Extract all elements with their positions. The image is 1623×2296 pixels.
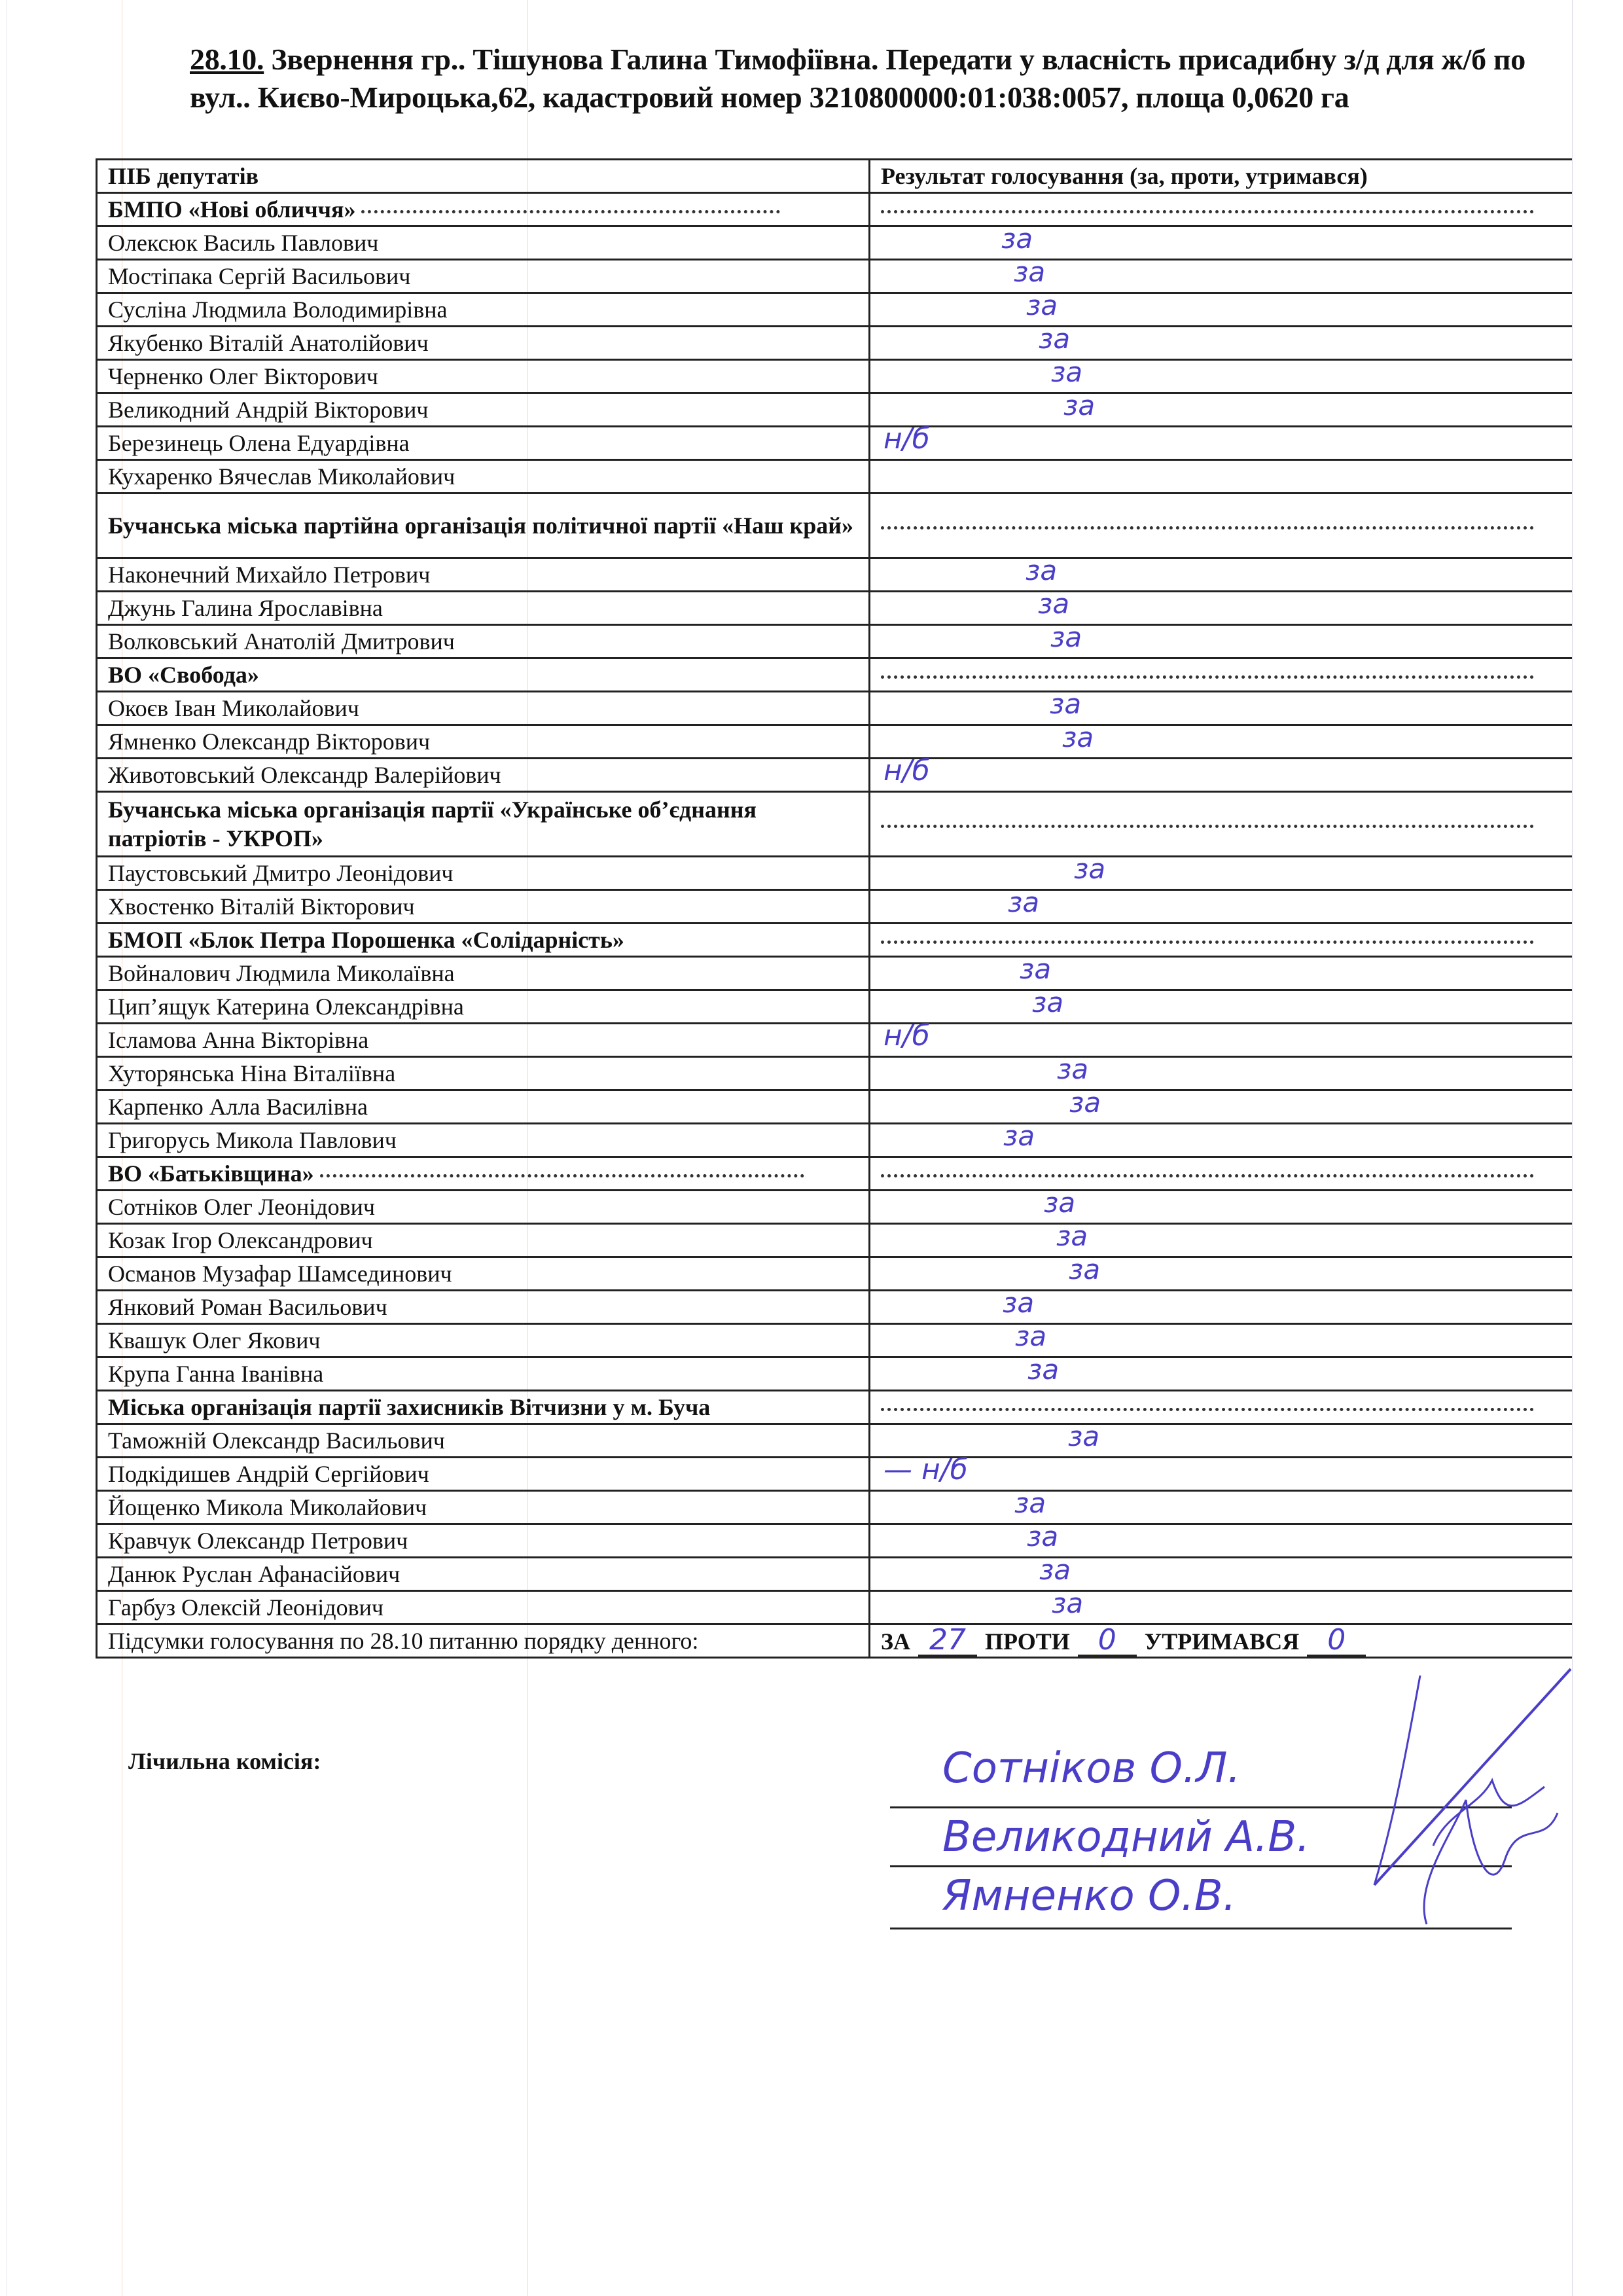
vote-mark-for: за [1044, 1187, 1075, 1219]
deputy-name: Якубенко Віталій Анатолійович [97, 327, 870, 360]
vote-mark-for: за [1063, 390, 1095, 422]
commission-signature-2: Великодний А.В. [942, 1813, 1310, 1861]
deputy-vote-cell: за [870, 890, 1573, 924]
deputy-row: Гарбуз Олексій Леонідовичза [97, 1591, 1573, 1624]
vote-mark-absent: — н/б [883, 1454, 968, 1486]
deputy-name: Козак Ігор Олександрович [97, 1224, 870, 1257]
deputy-row: Паустовський Дмитро Леонідовичза [97, 857, 1573, 890]
dotted-fill [361, 210, 780, 213]
deputy-row: Подкідишев Андрій Сергійович— н/б [97, 1458, 1573, 1491]
party-group-row: ВО «Свобода» [97, 658, 1573, 692]
party-group-result-placeholder [870, 493, 1573, 558]
vote-mark-for: за [1001, 223, 1033, 255]
deputy-name: Мостіпака Сергій Васильович [97, 260, 870, 293]
deputy-name: Ципʼящук Катерина Олександрівна [97, 990, 870, 1024]
deputy-name: Наконечний Михайло Петрович [97, 558, 870, 592]
deputy-row: Кравчук Олександр Петровичза [97, 1524, 1573, 1558]
party-group-row: ВО «Батьківщина» [97, 1157, 1573, 1191]
vote-mark-for: за [1062, 722, 1094, 753]
agenda-item-heading: 28.10. Звернення гр.. Тішунова Галина Ти… [190, 41, 1538, 117]
vote-mark-for: за [1014, 257, 1045, 288]
vote-mark-for: за [1069, 1254, 1100, 1285]
vote-mark-for: за [1020, 954, 1051, 985]
vote-mark-for: за [1003, 1287, 1034, 1319]
party-group-name: ВО «Свобода» [97, 658, 870, 692]
deputy-row: Крупа Ганна Іванівназа [97, 1357, 1573, 1391]
deputy-row: Ципʼящук Катерина Олександрівназа [97, 990, 1573, 1024]
vote-mark-for: за [1039, 323, 1070, 355]
deputy-vote-cell: за [870, 360, 1573, 393]
party-group-row: БМПО «Нові обличчя» [97, 193, 1573, 226]
deputy-vote-cell: н/б [870, 759, 1573, 792]
dotted-fill [881, 1408, 1534, 1411]
party-group-result-placeholder [870, 193, 1573, 226]
deputy-row: Якубенко Віталій Анатолійовичза [97, 327, 1573, 360]
deputy-vote-cell: за [870, 990, 1573, 1024]
agenda-item-text: Звернення гр.. Тішунова Галина Тимофіївн… [190, 43, 1525, 114]
summary-label: Підсумки голосування по 28.10 питанню по… [97, 1624, 870, 1658]
deputy-vote-cell: за [870, 1591, 1573, 1624]
commission-signature-1: Сотніков О.Л. [942, 1744, 1241, 1793]
deputy-name: Великодний Андрій Вікторович [97, 393, 870, 427]
vote-mark-for: за [1039, 1554, 1071, 1586]
vote-mark-for: за [1038, 588, 1069, 620]
party-group-name: БМОП «Блок Петра Порошенка «Солідарність… [97, 924, 870, 957]
deputy-name: Квашук Олег Якович [97, 1324, 870, 1357]
dotted-fill [881, 825, 1534, 828]
vote-mark-for: за [1015, 1321, 1046, 1352]
deputy-vote-cell: за [870, 327, 1573, 360]
deputy-row: Олексюк Василь Павловичза [97, 226, 1573, 260]
agenda-item-number: 28.10. [190, 43, 264, 76]
deputy-vote-cell: за [870, 1257, 1573, 1291]
vote-mark-for: за [1050, 622, 1082, 653]
voting-table: ПІБ депутатів Результат голосування (за,… [96, 158, 1572, 1659]
deputy-name: Волковський Анатолій Дмитрович [97, 625, 870, 658]
against-count: 0 [1078, 1626, 1137, 1657]
deputy-row: Ямненко Олександр Вікторовичза [97, 725, 1573, 759]
party-group-name: ВО «Батьківщина» [97, 1157, 870, 1191]
vote-mark-for: за [1027, 1521, 1058, 1552]
vote-mark-absent: н/б [883, 1020, 930, 1052]
vote-mark-absent: н/б [883, 423, 930, 455]
deputy-row: Наконечний Михайло Петровичза [97, 558, 1573, 592]
deputy-vote-cell: за [870, 1524, 1573, 1558]
deputy-vote-cell: за [870, 558, 1573, 592]
vote-mark-for: за [1008, 887, 1039, 918]
deputy-name: Данюк Руслан Афанасійович [97, 1558, 870, 1591]
deputy-vote-cell: за [870, 1357, 1573, 1391]
deputy-row: Волковський Анатолій Дмитровичза [97, 625, 1573, 658]
deputy-row: Великодний Андрій Вікторовичза [97, 393, 1573, 427]
deputy-row: Окоєв Іван Миколайовичза [97, 692, 1573, 725]
deputy-name: Сотніков Олег Леонідович [97, 1191, 870, 1224]
deputy-name: Ямненко Олександр Вікторович [97, 725, 870, 759]
dotted-fill [881, 1174, 1534, 1177]
deputy-name: Животовський Олександр Валерійович [97, 759, 870, 792]
deputy-name: Кухаренко Вячеслав Миколайович [97, 460, 870, 493]
party-group-row: Бучанська міська партійна організація по… [97, 493, 1573, 558]
deputy-row: Березинець Олена Едуардівнан/б [97, 427, 1573, 460]
vote-mark-for: за [1068, 1421, 1099, 1452]
vote-mark-for: за [1056, 1221, 1088, 1252]
deputy-row: Войналович Людмила Миколаївназа [97, 957, 1573, 990]
deputy-vote-cell: за [870, 226, 1573, 260]
deputy-name: Таможній Олександр Васильович [97, 1424, 870, 1458]
counting-commission-label: Лічильна комісія: [128, 1748, 321, 1775]
abstain-label: УТРИМАВСЯ [1145, 1628, 1299, 1655]
deputy-vote-cell: н/б [870, 1024, 1573, 1057]
party-group-result-placeholder [870, 792, 1573, 857]
vote-mark-for: за [1050, 689, 1081, 720]
dotted-fill [881, 675, 1534, 679]
deputy-row: Сотніков Олег Леонідовичза [97, 1191, 1573, 1224]
dotted-fill [881, 941, 1534, 944]
deputy-vote-cell [870, 460, 1573, 493]
deputy-vote-cell: за [870, 1491, 1573, 1524]
deputy-vote-cell: за [870, 725, 1573, 759]
deputy-row: Кухаренко Вячеслав Миколайович [97, 460, 1573, 493]
vote-mark-for: за [1069, 1087, 1101, 1119]
deputy-row: Квашук Олег Яковичза [97, 1324, 1573, 1357]
deputy-vote-cell: — н/б [870, 1458, 1573, 1491]
deputy-vote-cell: н/б [870, 427, 1573, 460]
deputy-vote-cell: за [870, 592, 1573, 625]
column-header-result: Результат голосування (за, проти, утрима… [870, 160, 1573, 193]
deputy-name: Окоєв Іван Миколайович [97, 692, 870, 725]
party-group-result-placeholder [870, 1391, 1573, 1424]
commission-signature-3: Ямненко О.В. [942, 1872, 1236, 1920]
deputy-vote-cell: за [870, 260, 1573, 293]
party-group-row: Бучанська міська організація партії «Укр… [97, 792, 1573, 857]
deputy-row: Хвостенко Віталій Вікторовичза [97, 890, 1573, 924]
for-label: ЗА [881, 1628, 910, 1655]
party-group-name: БМПО «Нові обличчя» [97, 193, 870, 226]
deputy-row: Мостіпака Сергій Васильовичза [97, 260, 1573, 293]
vote-mark-for: за [1032, 987, 1063, 1018]
deputy-name: Османов Музафар Шамсединович [97, 1257, 870, 1291]
deputy-vote-cell: за [870, 393, 1573, 427]
deputy-vote-cell: за [870, 1224, 1573, 1257]
party-group-name: Бучанська міська організація партії «Укр… [97, 792, 870, 857]
deputy-name: Олексюк Василь Павлович [97, 226, 870, 260]
scan-artifact [7, 0, 7, 2296]
deputy-name: Войналович Людмила Миколаївна [97, 957, 870, 990]
party-group-row: Міська організація партії захисників Віт… [97, 1391, 1573, 1424]
deputy-vote-cell: за [870, 1324, 1573, 1357]
deputy-row: Таможній Олександр Васильовичза [97, 1424, 1573, 1458]
party-group-result-placeholder [870, 924, 1573, 957]
deputy-row: Йощенко Микола Миколайовичза [97, 1491, 1573, 1524]
deputy-row: Животовський Олександр Валерійовичн/б [97, 759, 1573, 792]
deputy-row: Османов Музафар Шамсединовичза [97, 1257, 1573, 1291]
deputy-row: Ісламова Анна Вікторівнан/б [97, 1024, 1573, 1057]
deputy-vote-cell: за [870, 1424, 1573, 1458]
deputy-row: Черненко Олег Вікторовичза [97, 360, 1573, 393]
deputy-vote-cell: за [870, 957, 1573, 990]
against-label: ПРОТИ [985, 1628, 1070, 1655]
dotted-fill [320, 1174, 804, 1177]
deputy-vote-cell: за [870, 1191, 1573, 1224]
deputy-row: Козак Ігор Олександровичза [97, 1224, 1573, 1257]
deputy-name: Сусліна Людмила Володимирівна [97, 293, 870, 327]
deputy-vote-cell: за [870, 1090, 1573, 1124]
deputy-vote-cell: за [870, 1057, 1573, 1090]
vote-mark-for: за [1057, 1054, 1088, 1085]
party-group-result-placeholder [870, 1157, 1573, 1191]
deputy-name: Григорусь Микола Павлович [97, 1124, 870, 1157]
deputy-name: Березинець Олена Едуардівна [97, 427, 870, 460]
deputy-vote-cell: за [870, 692, 1573, 725]
dotted-fill [881, 210, 1534, 213]
column-header-names: ПІБ депутатів [97, 160, 870, 193]
deputy-name: Янковий Роман Васильович [97, 1291, 870, 1324]
dotted-fill [881, 526, 1534, 529]
deputy-name: Черненко Олег Вікторович [97, 360, 870, 393]
deputy-vote-cell: за [870, 1291, 1573, 1324]
deputy-name: Паустовський Дмитро Леонідович [97, 857, 870, 890]
deputy-name: Хвостенко Віталій Вікторович [97, 890, 870, 924]
party-group-name: Міська організація партії захисників Віт… [97, 1391, 870, 1424]
vote-mark-for: за [1051, 357, 1082, 388]
deputy-name: Кравчук Олександр Петрович [97, 1524, 870, 1558]
scan-artifact [1572, 0, 1573, 2296]
deputy-name: Подкідишев Андрій Сергійович [97, 1458, 870, 1491]
deputy-name: Гарбуз Олексій Леонідович [97, 1591, 870, 1624]
vote-mark-for: за [1027, 1354, 1059, 1386]
vote-mark-for: за [1026, 290, 1058, 321]
deputy-name: Ісламова Анна Вікторівна [97, 1024, 870, 1057]
deputy-name: Джунь Галина Ярославівна [97, 592, 870, 625]
deputy-vote-cell: за [870, 1558, 1573, 1591]
vote-mark-for: за [1052, 1588, 1083, 1619]
vote-mark-for: за [1014, 1488, 1046, 1519]
deputy-vote-cell: за [870, 293, 1573, 327]
deputy-vote-cell: за [870, 625, 1573, 658]
vote-mark-for: за [1074, 853, 1105, 885]
vote-mark-absent: н/б [883, 755, 930, 787]
deputy-name: Хуторянська Ніна Віталіївна [97, 1057, 870, 1090]
table-header-row: ПІБ депутатів Результат голосування (за,… [97, 160, 1573, 193]
deputy-name: Йощенко Микола Миколайович [97, 1491, 870, 1524]
vote-mark-for: за [1003, 1121, 1035, 1152]
deputy-row: Янковий Роман Васильовичза [97, 1291, 1573, 1324]
for-count: 27 [918, 1626, 977, 1657]
deputy-name: Крупа Ганна Іванівна [97, 1357, 870, 1391]
deputy-row: Хуторянська Ніна Віталіївназа [97, 1057, 1573, 1090]
signature-scribble-icon [1296, 1649, 1597, 1950]
party-group-row: БМОП «Блок Петра Порошенка «Солідарність… [97, 924, 1573, 957]
deputy-row: Григорусь Микола Павловичза [97, 1124, 1573, 1157]
deputy-vote-cell: за [870, 857, 1573, 890]
deputy-row: Карпенко Алла Василівназа [97, 1090, 1573, 1124]
deputy-name: Карпенко Алла Василівна [97, 1090, 870, 1124]
vote-mark-for: за [1026, 555, 1057, 586]
deputy-vote-cell: за [870, 1124, 1573, 1157]
party-group-name: Бучанська міська партійна організація по… [97, 493, 870, 558]
deputy-row: Джунь Галина Ярославівназа [97, 592, 1573, 625]
party-group-result-placeholder [870, 658, 1573, 692]
deputy-row: Данюк Руслан Афанасійовичза [97, 1558, 1573, 1591]
deputy-row: Сусліна Людмила Володимирівназа [97, 293, 1573, 327]
